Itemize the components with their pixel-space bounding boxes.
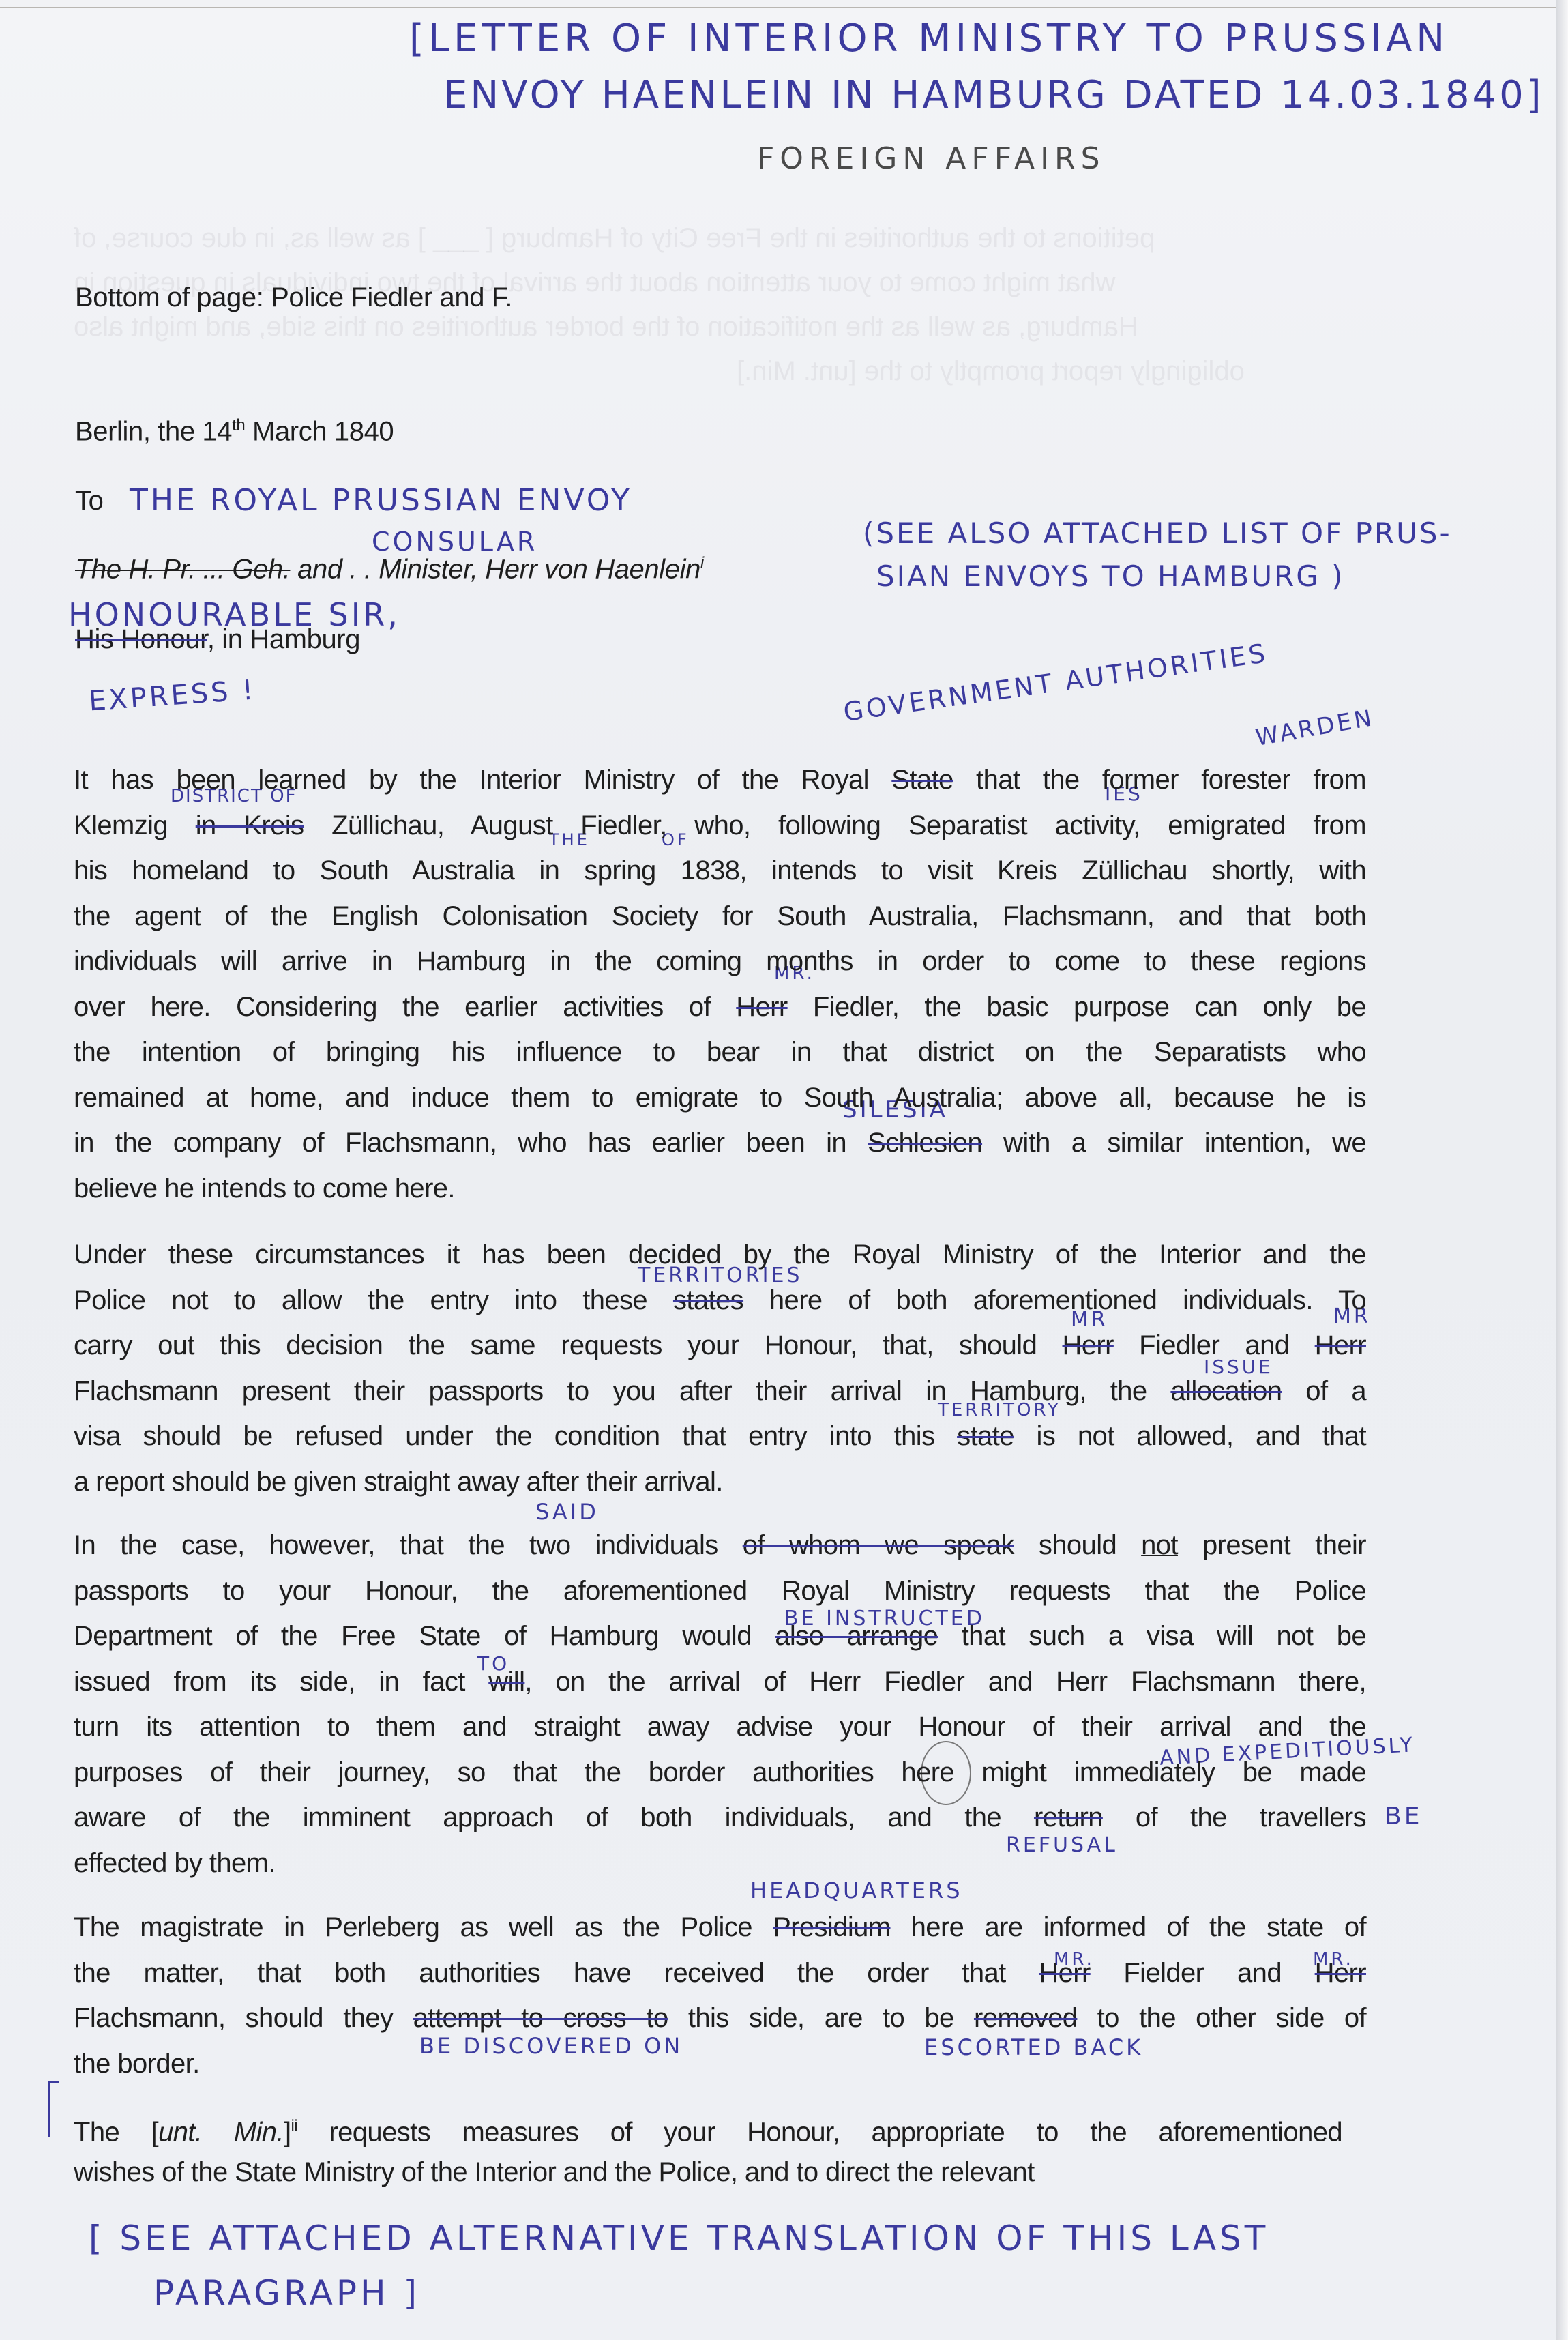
struck-word: also arrange: [775, 1621, 938, 1651]
text-line: The [unt. Min.]ii requests measures of y…: [74, 2104, 1342, 2150]
struck-word: removed: [974, 2003, 1077, 2033]
side-note-line1: (SEE ALSO ATTACHED LIST OF PRUS-: [863, 516, 1452, 550]
annotation-be: BE: [1385, 1802, 1422, 1830]
text-line: individuals will arrive in Hamburg in th…: [74, 939, 1366, 984]
text-line: visa should be refused under the conditi…: [74, 1414, 1366, 1459]
dateline: Berlin, the 14th March 1840: [75, 416, 394, 447]
text-line: remained at home, and induce them to emi…: [74, 1075, 1366, 1121]
text-line: believe he intends to come here.: [74, 1166, 1366, 1212]
struck-word: attempt to cross to: [413, 2003, 668, 2033]
scan-edge-strip: [1556, 0, 1568, 2340]
struck-word: Herr: [1062, 1330, 1113, 1360]
paragraph-1: It has been learned by the Interior Mini…: [74, 757, 1366, 1211]
text-line: passports to your Honour, the aforementi…: [74, 1568, 1366, 1614]
paragraph-bracket-mark: [48, 2081, 59, 2137]
text-line: a report should be given straight away a…: [74, 1459, 1366, 1505]
scanned-letter-page: petitions to the authorities in the Free…: [0, 7, 1556, 2340]
italic-text: unt. Min.: [158, 2117, 284, 2147]
struck-word: states: [673, 1285, 743, 1315]
bottom-of-page-note: Bottom of page: Police Fiedler and F.: [75, 282, 512, 313]
to-label: To: [75, 486, 103, 516]
text-line: effected by them.: [74, 1841, 1366, 1886]
text-line: the border.: [74, 2041, 1366, 2087]
express-annotation: EXPRESS !: [88, 674, 257, 717]
paragraph-5: The [unt. Min.]ii requests measures of y…: [74, 2104, 1342, 2195]
text-line: Department of the Free State of Hamburg …: [74, 1613, 1366, 1659]
struck-word: Herr: [1039, 1958, 1090, 1988]
consular-annotation: CONSULAR: [372, 527, 537, 557]
text-line: the intention of bringing his influence …: [74, 1029, 1366, 1075]
annotation-warden: WARDEN: [1254, 704, 1376, 752]
struck-word: will: [488, 1667, 524, 1697]
struck-word: return: [1034, 1802, 1103, 1832]
text-line: Flachsmann present their passports to yo…: [74, 1369, 1366, 1414]
struck-word: of whom we speak: [743, 1530, 1014, 1560]
struck-word: in Kreis: [196, 810, 304, 840]
struck-word: State: [891, 765, 953, 795]
text-line: Klemzig in Kreis Züllichau, August Fiedl…: [74, 803, 1366, 849]
text-line: carry out this decision the same request…: [74, 1323, 1366, 1369]
struck-word: Herr: [1315, 1330, 1366, 1360]
text-line: The magistrate in Perleberg as well as t…: [74, 1905, 1366, 1950]
text-line: issued from its side, in fact will, on t…: [74, 1659, 1366, 1705]
foreign-affairs-label: FOREIGN AFFAIRS: [757, 141, 1106, 176]
text-line: wishes of the State Ministry of the Inte…: [74, 2150, 1342, 2195]
header-annotation-line1: [LETTER OF INTERIOR MINISTRY TO PRUSSIAN: [409, 16, 1449, 61]
text-line: purposes of their journey, so that the b…: [74, 1750, 1366, 1796]
addressee-line: The H. Pr. ... Geh. and . . Minister, He…: [75, 554, 704, 585]
struck-word: state: [957, 1421, 1014, 1451]
text-line: In the case, however, that the two indiv…: [74, 1523, 1366, 1568]
text-line: over here. Considering the earlier activ…: [74, 984, 1366, 1030]
struck-word: Herr: [1315, 1958, 1366, 1988]
text-line: turn its attention to them and straight …: [74, 1704, 1366, 1750]
his-honour-line: His Honour, in Hamburg: [75, 624, 360, 655]
text-line: in the company of Flachsmann, who has ea…: [74, 1120, 1366, 1166]
struck-word: allocation: [1170, 1376, 1282, 1406]
text-line: Police not to allow the entry into these…: [74, 1278, 1366, 1323]
footnote-mark: ii: [291, 2117, 297, 2135]
underlined-word: not: [1141, 1530, 1178, 1560]
paragraph-4: The magistrate in Perleberg as well as t…: [74, 1905, 1366, 2086]
annotation-said: SAID: [535, 1499, 599, 1525]
text-line: the agent of the English Colonisation So…: [74, 894, 1366, 939]
footer-annotation-line1: [ SEE ATTACHED ALTERNATIVE TRANSLATION O…: [89, 2219, 1269, 2258]
struck-word: Schlesien: [868, 1128, 982, 1158]
side-note-line2: SIAN ENVOYS TO HAMBURG ): [876, 559, 1345, 593]
paragraph-3: In the case, however, that the two indiv…: [74, 1523, 1366, 1886]
text-line: Flachsmann, should they attempt to cross…: [74, 1995, 1366, 2041]
annotation-headquarters: HEADQUARTERS: [750, 1877, 963, 1903]
text-line: the matter, that both authorities have r…: [74, 1950, 1366, 1996]
footer-annotation-line2: PARAGRAPH ]: [153, 2273, 420, 2313]
annotation-government-authorities: GOVERNMENT AUTHORITIES: [842, 638, 1270, 727]
text-line: Under these circumstances it has been de…: [74, 1232, 1366, 1278]
text-line: aware of the imminent approach of both i…: [74, 1795, 1366, 1841]
text-line: his homeland to South Australia in sprin…: [74, 848, 1366, 894]
text-line: It has been learned by the Interior Mini…: [74, 757, 1366, 803]
struck-word: Herr: [736, 992, 787, 1022]
royal-prussian-envoy-annotation: THE ROYAL PRUSSIAN ENVOY: [130, 483, 632, 518]
struck-word: Presidium: [773, 1912, 890, 1942]
paragraph-2: Under these circumstances it has been de…: [74, 1232, 1366, 1504]
header-annotation-line2: ENVOY HAENLEIN IN HAMBURG DATED 14.03.18…: [443, 73, 1544, 117]
